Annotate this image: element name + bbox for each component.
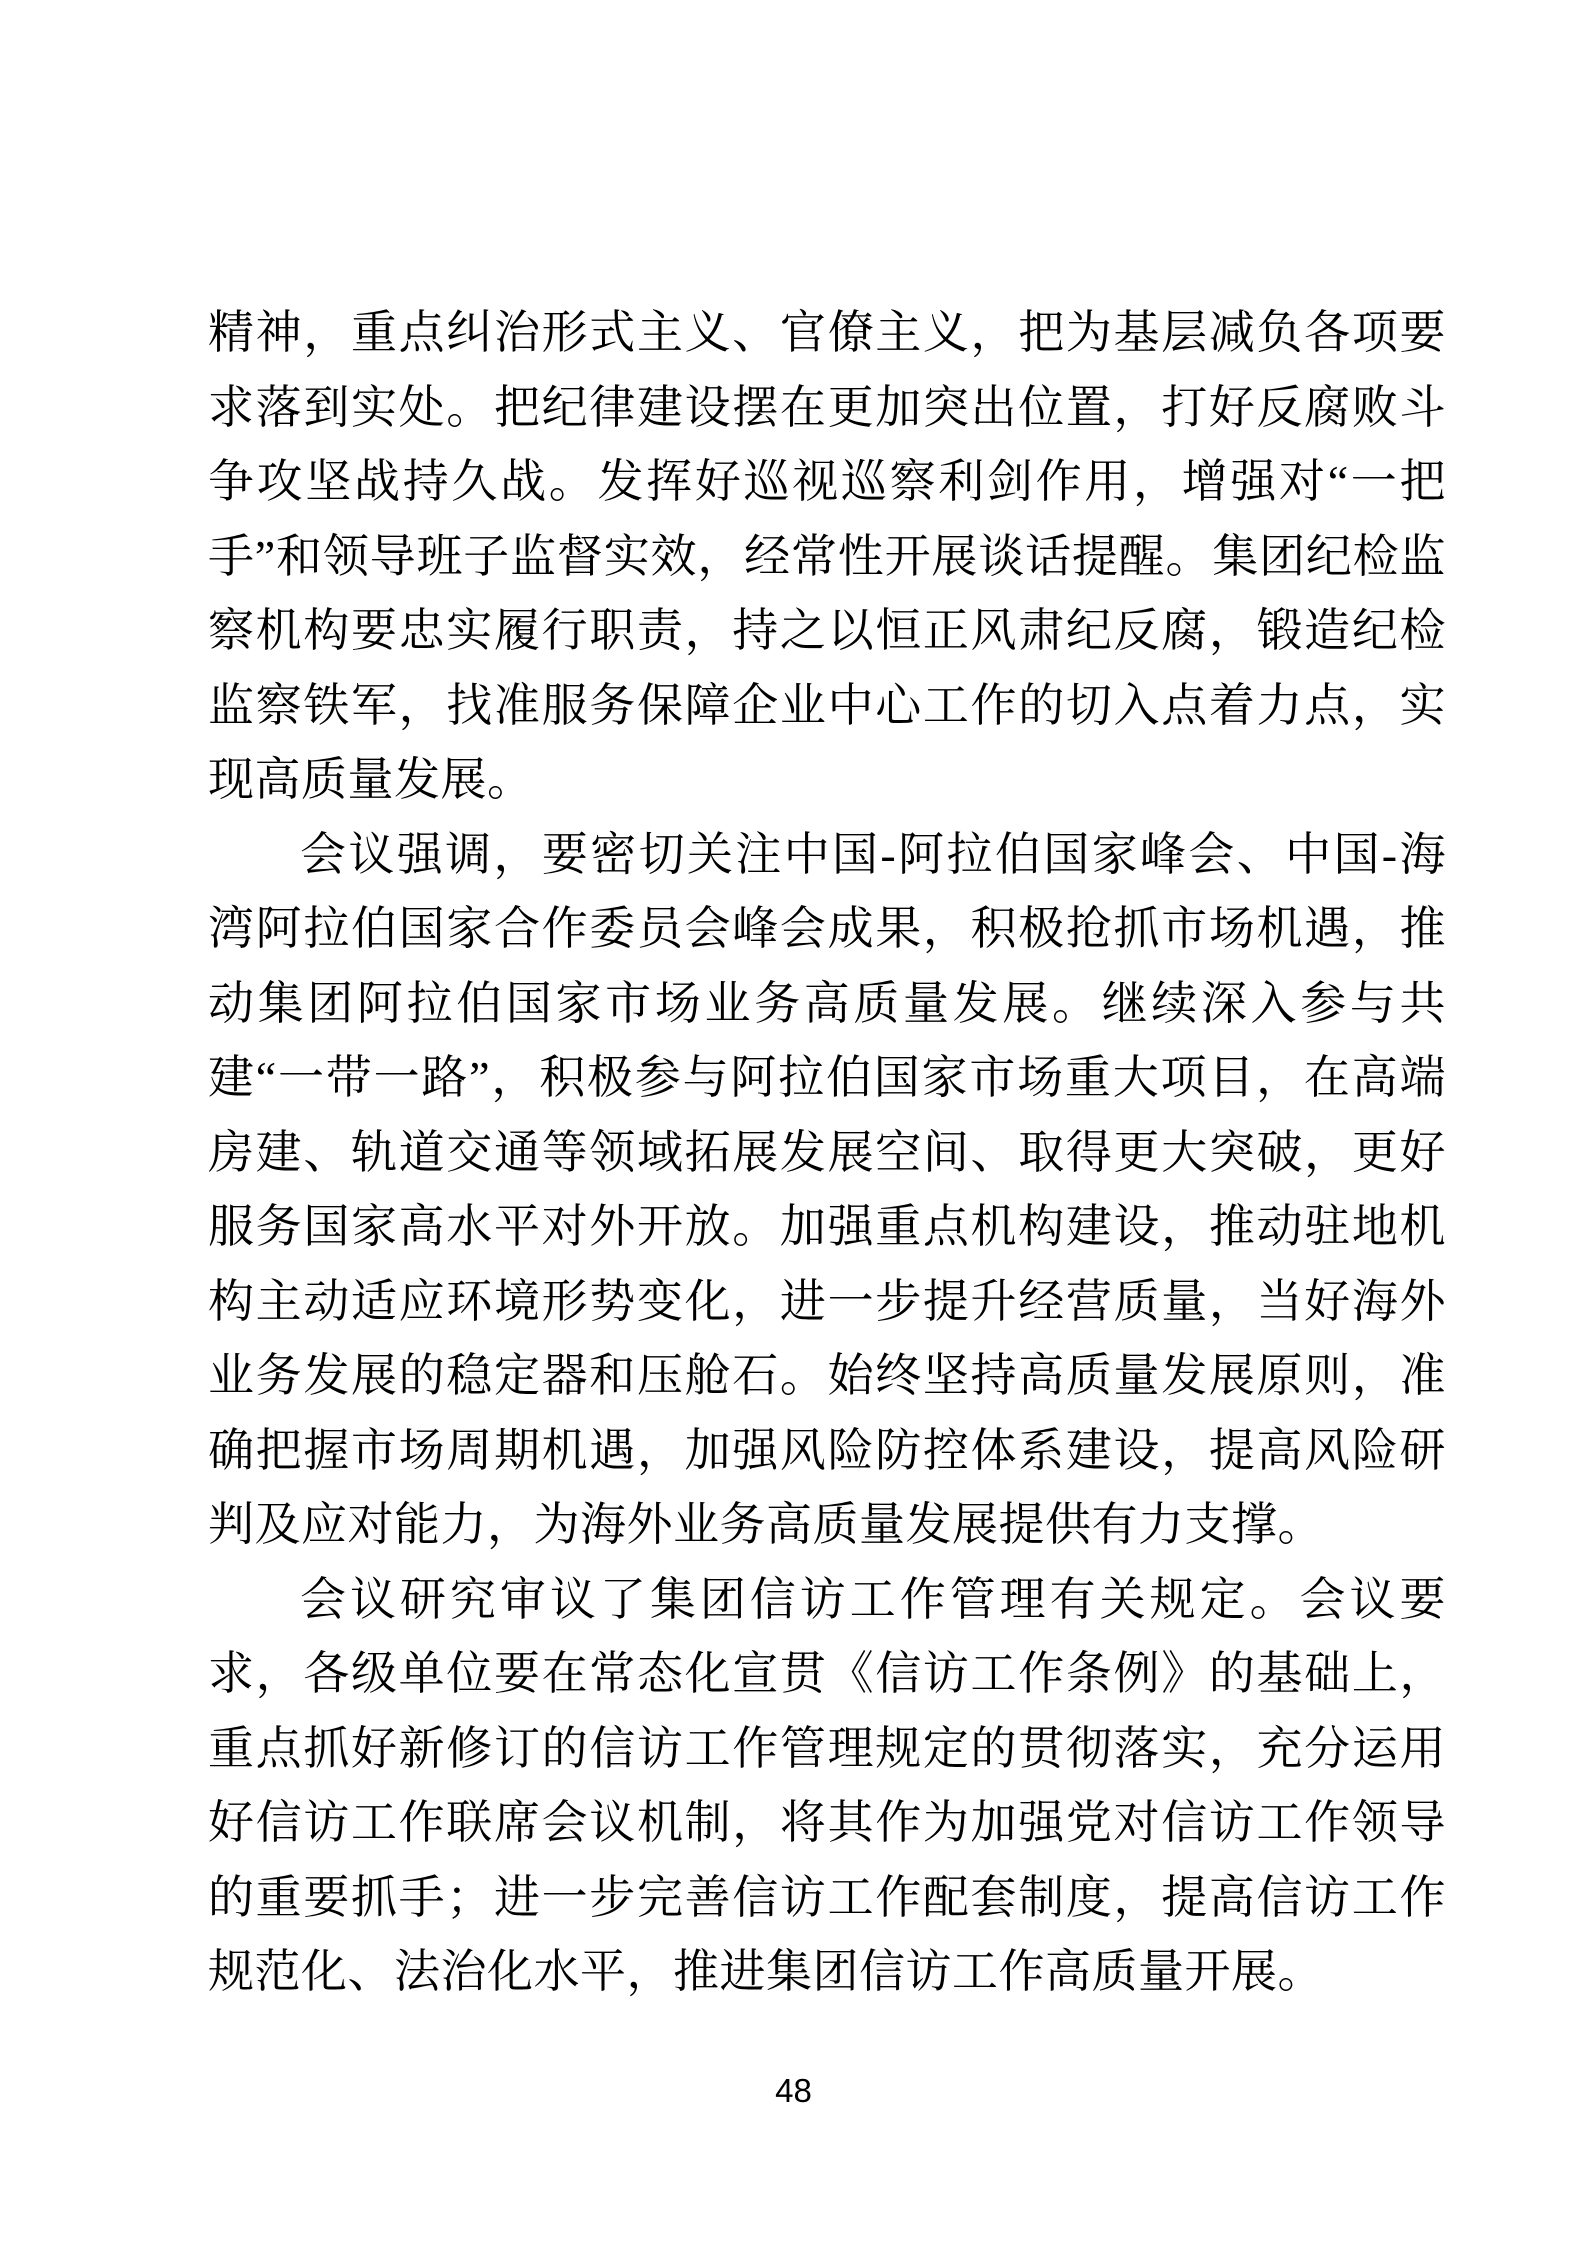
page-number: 48	[0, 2072, 1587, 2110]
body-text: 精神，重点纠治形式主义、官僚主义，把为基层减负各项要求落到实处。把纪律建设摆在更…	[208, 296, 1446, 2010]
paragraph-petition-work: 会议研究审议了集团信访工作管理有关规定。会议要求，各级单位要在常态化宣贯《信访工…	[208, 1563, 1446, 2010]
paragraph-arab-markets: 会议强调，要密切关注中国-阿拉伯国家峰会、中国-海湾阿拉伯国家合作委员会峰会成果…	[208, 818, 1446, 1563]
document-page: 精神，重点纠治形式主义、官僚主义，把为基层减负各项要求落到实处。把纪律建设摆在更…	[0, 0, 1587, 2245]
paragraph-discipline: 精神，重点纠治形式主义、官僚主义，把为基层减负各项要求落到实处。把纪律建设摆在更…	[208, 296, 1446, 818]
